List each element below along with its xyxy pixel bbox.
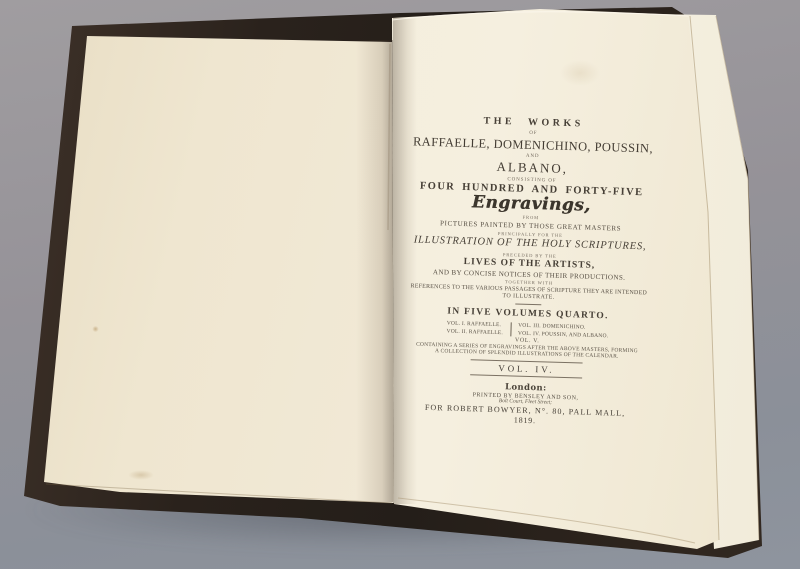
divider-rule-below-volume (470, 374, 582, 378)
volume-list-right-column: VOL. III. DOMENICHINO. VOL. IV. POUSSIN,… (518, 321, 609, 340)
book-photograph: THE WORKS OF RAFFAELLE, DOMENICHINO, POU… (0, 0, 800, 569)
divider-rule-small (515, 304, 541, 306)
volume-list-left-column: VOL. I. RAFFAELLE. VOL. II. RAFFAELLE. (446, 319, 503, 337)
volume-entry: VOL. II. RAFFAELLE. (446, 327, 503, 337)
volume-list-divider (510, 322, 511, 336)
title-text-block: THE WORKS OF RAFFAELLE, DOMENICHINO, POU… (379, 108, 680, 430)
